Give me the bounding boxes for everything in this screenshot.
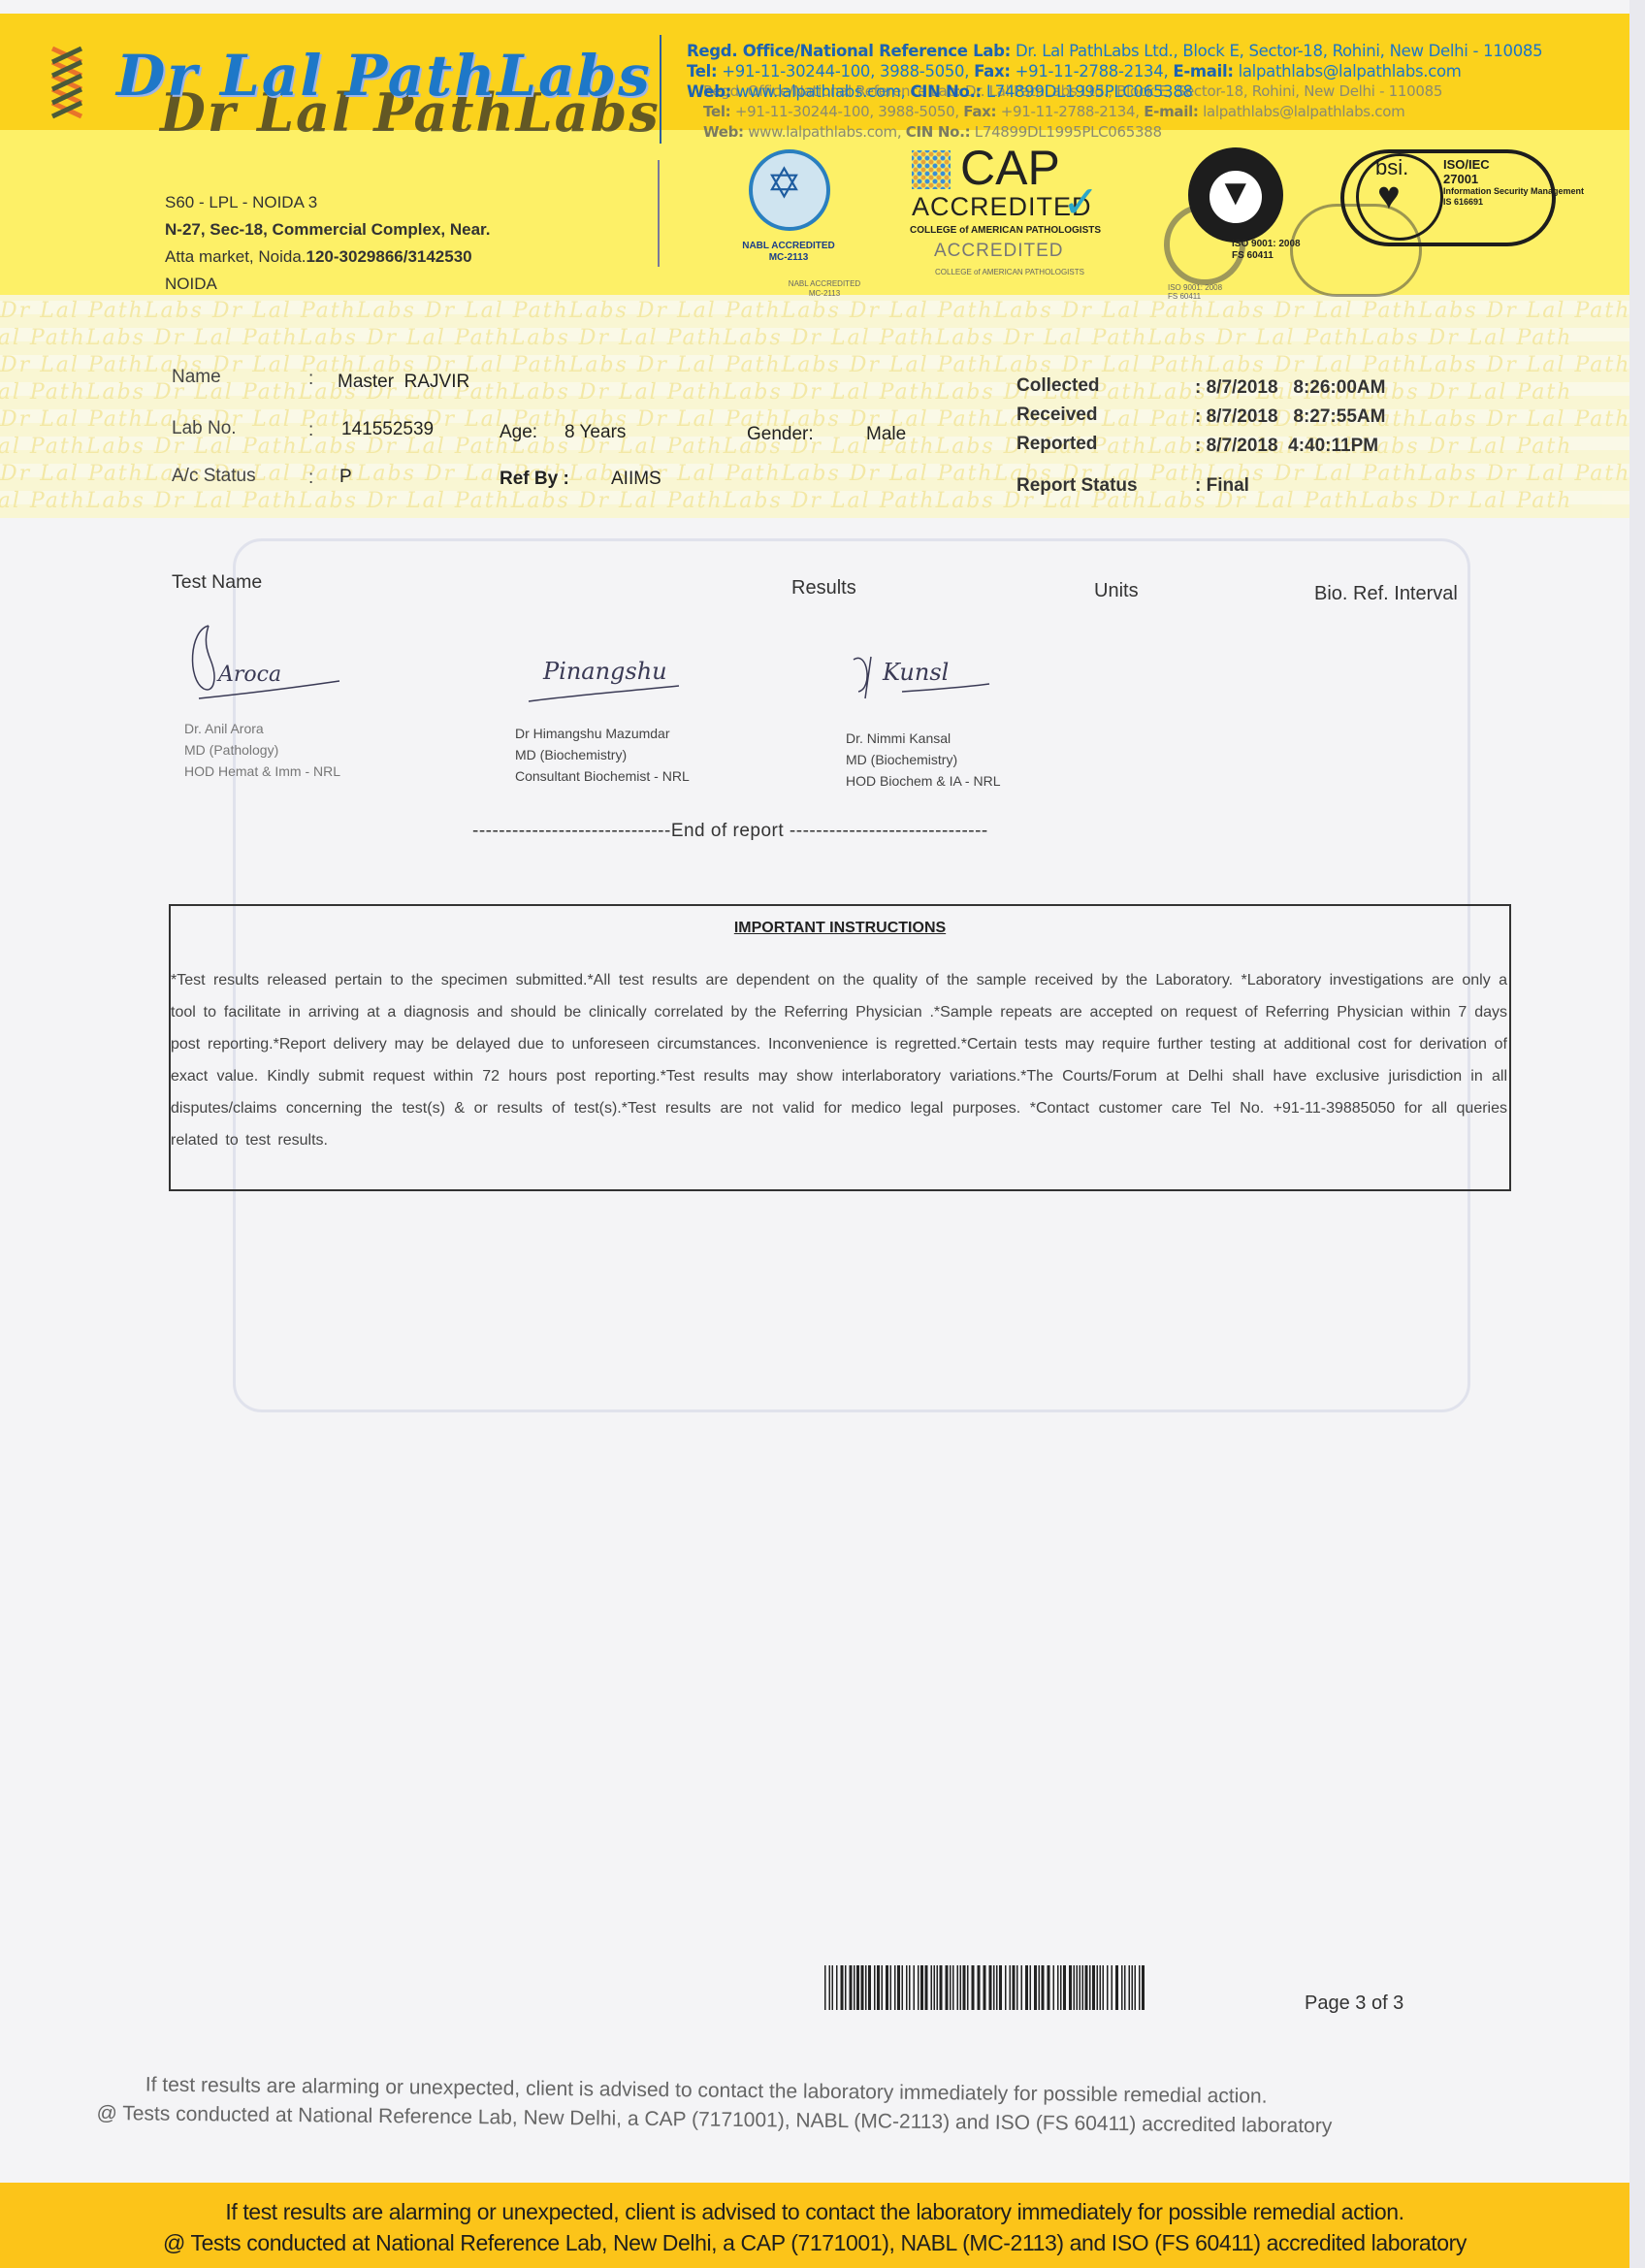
signature-arora: Aroca [179,621,354,708]
column-test-name: Test Name [172,571,262,594]
received-time: : 8/7/2018 8:27:55AM [1195,406,1385,428]
received-label: Received [1016,405,1097,426]
cap-college: COLLEGE of AMERICAN PATHOLOGISTS [910,225,1101,236]
iso9001-label-ghost: ISO 9001: 2008FS 60411 [1168,283,1222,301]
fax: +91-11-2788-2134, [1016,62,1169,81]
ref-by-label: Ref By : [500,469,569,490]
column-units: Units [1094,580,1139,602]
signatory-2: Dr Himangshu MazumdarMD (Biochemistry)Co… [515,723,690,787]
nabl-star-icon: ✡ [766,163,802,206]
instructions-title: IMPORTANT INSTRUCTIONS [169,920,1511,937]
footer-line-1: If test results are alarming or unexpect… [0,2196,1629,2227]
branch-locality: Atta market, Noida. [165,247,306,266]
collected-label: Collected [1016,375,1100,397]
branch-code: S60 - LPL - NOIDA 3 [165,189,490,216]
cap-title: CAP [960,144,1060,192]
page-edge [1629,0,1645,2268]
svg-text:Kunsl: Kunsl [882,659,949,686]
svg-text:Pinangshu: Pinangshu [542,658,667,685]
website-link[interactable]: www.lalpathlabs.com, [736,82,906,101]
name-label: Name [172,367,221,388]
ac-status-label: A/c Status [172,466,256,487]
signature-himangshu: Pinangshu [524,645,689,713]
age-label: Age: [500,422,537,443]
tel: +91-11-30244-100, 3988-5050, [722,62,969,81]
lab-no: 141552539 [341,419,434,440]
header-divider [660,35,661,144]
footer-notice: If test results are alarming or unexpect… [0,2196,1629,2258]
signatory-3: Dr. Nimmi KansalMD (Biochemistry)HOD Bio… [846,728,1001,792]
branch-city: NOIDA [165,271,490,298]
column-results: Results [791,577,856,599]
footer-line-2: @ Tests conducted at National Reference … [0,2227,1629,2258]
iso27001-text: ISO/IEC 27001 Information Security Manag… [1443,157,1584,208]
signatory-1: Dr. Anil AroraMD (Pathology)HOD Hemat & … [184,718,340,782]
web-line: Web: www.lalpathlabs.com, CIN No.: L7489… [687,81,1542,102]
nabl-label-ghost: NABL ACCREDITEDMC-2113 [766,279,883,299]
cap-dots-icon [912,150,951,189]
patient-name: Master RAJVIR [338,372,469,393]
email-link[interactable]: lalpathlabs@lalpathlabs.com [1239,62,1462,81]
separator: : [308,468,313,489]
report-status-label: Report Status [1016,475,1138,497]
signature-kansal: Kunsl [844,645,1009,713]
header-divider [658,160,660,267]
nabl-label: NABL ACCREDITEDMC-2113 [735,241,842,264]
cin: L74899DL1995PLC065388 [986,82,1193,101]
watermark-row: Dr Lal PathLabs Dr Lal PathLabs Dr Lal P… [0,326,1571,350]
checkmark-icon: ✓ [1062,179,1100,224]
page-number: Page 3 of 3 [1305,1993,1403,2015]
ref-by: AIIMS [611,469,661,490]
footer-ghost-text: If test results are alarming or unexpect… [96,2070,1552,2144]
cap-college-ghost: COLLEGE of AMERICAN PATHOLOGISTS [935,268,1084,276]
branch-address-line2: Atta market, Noida.120-3029866/3142530 [165,243,490,271]
reported-label: Reported [1016,434,1097,455]
logo: Dr Lal PathLabs [116,43,652,109]
collected-time: : 8/7/2018 8:26:00AM [1195,377,1385,399]
regd-office-line: Regd. Office/National Reference Lab: Dr.… [687,41,1542,61]
contact-line: Tel: +91-11-30244-100, 3988-5050, Fax: +… [687,61,1542,81]
regd-office: Regd. Office/National Reference Lab: Dr.… [687,41,1542,102]
cap-accredited-ghost: ACCREDITED [934,241,1064,262]
lab-no-label: Lab No. [172,418,237,439]
gender-label: Gender: [747,424,814,445]
dna-helix-icon [47,45,87,124]
ac-status: P [339,467,352,488]
barcode [824,1965,1145,2010]
separator: : [308,420,313,441]
branch-address-line1: N-27, Sec-18, Commercial Complex, Near. [165,216,490,243]
column-ref-interval: Bio. Ref. Interval [1314,583,1458,605]
branch-phone: 120-3029866/3142530 [306,247,472,266]
report-status: : Final [1195,475,1249,497]
watermark-row: Dr Lal PathLabs Dr Lal PathLabs Dr Lal P… [0,353,1629,377]
end-of-report: ------------------------------End of rep… [472,821,988,842]
gender: Male [866,424,906,445]
reported-time: : 8/7/2018 4:40:11PM [1195,436,1378,457]
instructions-body: *Test results released pertain to the sp… [171,964,1507,1156]
heart-icon: ♥ [1377,177,1401,215]
watermark-row: Dr Lal PathLabs Dr Lal PathLabs Dr Lal P… [0,489,1571,513]
svg-text:Aroca: Aroca [216,663,281,687]
separator: : [308,369,313,390]
age: 8 Years [564,422,626,443]
watermark-row: Dr Lal PathLabs Dr Lal PathLabs Dr Lal P… [0,299,1629,323]
branch-address: S60 - LPL - NOIDA 3 N-27, Sec-18, Commer… [165,189,490,298]
heart-icon: ▼ [1217,175,1254,211]
